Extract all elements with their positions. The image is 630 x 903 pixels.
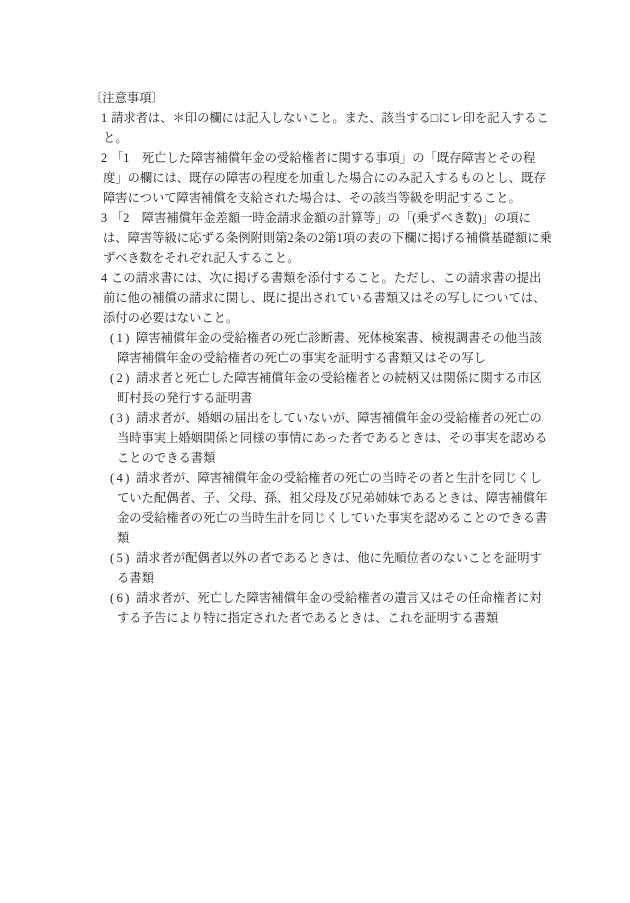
note-item-2: 2「1 死亡した障害補償年金の受給権者に関する事項」の「既存障害とその程度」の欄… [90,148,552,208]
note-item-2-number: 2 [101,148,111,168]
attachment-item-5-label: (5) [110,548,136,568]
attachment-item-1-text: 障害補償年金の受給権者の死亡診断書、死体検案書、検視調書その他当該障害補償年金の… [117,331,542,365]
attachment-item-3: (3)請求者が、婚姻の届出をしていないが、障害補償年金の受給権者の死亡の当時事実… [90,408,552,468]
attachment-item-5: (5)請求者が配偶者以外の者であるときは、他に先順位者のないことを証明する書類 [90,548,552,588]
notes-heading: 〔注意事項〕 [90,88,552,108]
attachment-item-3-text: 請求者が、婚姻の届出をしていないが、障害補償年金の受給権者の死亡の当時事実上婚姻… [117,411,547,465]
attachment-item-4-label: (4) [110,468,136,488]
attachment-item-6-text: 請求者が、死亡した障害補償年金の受給権者の遺言又はその任命権者に対する予告により… [117,591,542,625]
attachment-item-5-text: 請求者が配偶者以外の者であるときは、他に先順位者のないことを証明する書類 [117,551,542,585]
note-item-2-text: 「1 死亡した障害補償年金の受給権者に関する事項」の「既存障害とその程度」の欄に… [103,151,546,205]
attachment-item-6-label: (6) [110,588,136,608]
note-item-1: 1請求者は、＊印の欄には記入しないこと。また、該当する□にレ印を記入すること。 [90,108,552,148]
notes-section: 〔注意事項〕 1請求者は、＊印の欄には記入しないこと。また、該当する□にレ印を記… [90,88,552,628]
attachment-item-2: (2)請求者と死亡した障害補償年金の受給権者との続柄又は関係に関する市区町村長の… [90,368,552,408]
attachment-item-1: (1)障害補償年金の受給権者の死亡診断書、死体検案書、検視調書その他当該障害補償… [90,328,552,368]
attachment-item-3-label: (3) [110,408,136,428]
note-item-4: 4この請求書には、次に掲げる書類を添付すること。ただし、この請求書の提出前に他の… [90,268,552,328]
attachment-item-1-label: (1) [110,328,136,348]
note-item-1-text: 請求者は、＊印の欄には記入しないこと。また、該当する□にレ印を記入すること。 [103,111,549,145]
note-item-3-text: 「2 障害補償年金差額一時金請求金額の計算等」の「(乗ずべき数)」の項には、障害… [103,211,552,265]
attachment-item-6: (6)請求者が、死亡した障害補償年金の受給権者の遺言又はその任命権者に対する予告… [90,588,552,628]
note-item-1-number: 1 [101,108,111,128]
attachment-item-4-text: 請求者が、障害補償年金の受給権者の死亡の当時その者と生計を同じくしていた配偶者、… [117,471,547,545]
attachment-item-4: (4)請求者が、障害補償年金の受給権者の死亡の当時その者と生計を同じくしていた配… [90,468,552,548]
note-item-4-text: この請求書には、次に掲げる書類を添付すること。ただし、この請求書の提出前に他の補… [103,271,545,325]
note-item-3: 3「2 障害補償年金差額一時金請求金額の計算等」の「(乗ずべき数)」の項には、障… [90,208,552,268]
note-item-3-number: 3 [101,208,111,228]
document-page: 〔注意事項〕 1請求者は、＊印の欄には記入しないこと。また、該当する□にレ印を記… [0,0,630,903]
note-item-4-number: 4 [101,268,111,288]
attachment-item-2-label: (2) [110,368,136,388]
attachment-item-2-text: 請求者と死亡した障害補償年金の受給権者との続柄又は関係に関する市区町村長の発行す… [117,371,542,405]
